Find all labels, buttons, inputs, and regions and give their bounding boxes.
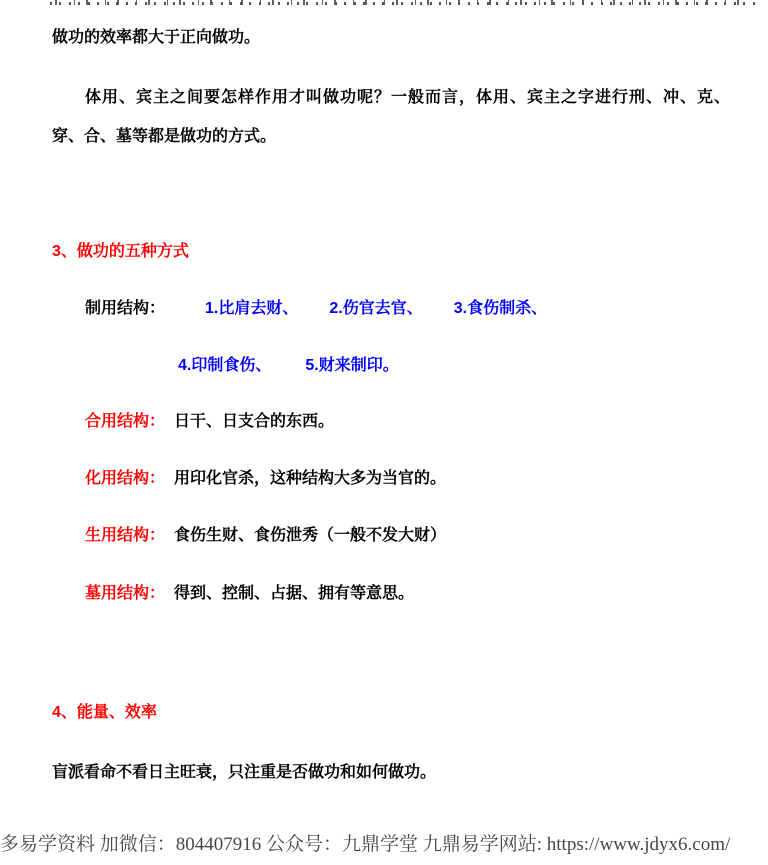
list-item: 4.印制食伤、 bbox=[178, 356, 271, 376]
list-item: 5.财来制印。 bbox=[305, 356, 398, 376]
structure-entry: 化用结构：用印化官杀，这种结构大多为当官的。 bbox=[85, 469, 446, 489]
entry-label: 合用结构： bbox=[85, 413, 165, 430]
paragraph-tiyong-line1: 体用、宾主之间要怎样作用才叫做功呢？一般而言，体用、宾主之字进行刑、冲、克、 bbox=[85, 88, 731, 108]
entry-text: 用印化官杀，这种结构大多为当官的。 bbox=[174, 470, 446, 487]
document-page: 做功的效率都大于正向做功。 体用、宾主之间要怎样作用才叫做功呢？一般而言，体用、… bbox=[0, 0, 768, 865]
paragraph-tiyong-line2: 穿、合、墓等都是做功的方式。 bbox=[52, 127, 276, 147]
entry-label: 化用结构： bbox=[85, 470, 165, 487]
watermark-footer: 多易学资料 加微信：804407916 公众号：九鼎学堂 九鼎易学网站: htt… bbox=[0, 829, 730, 856]
entry-label: 生用结构： bbox=[85, 527, 165, 544]
entry-text: 得到、控制、占据、拥有等意思。 bbox=[174, 585, 414, 602]
structure-entry: 合用结构：日干、日支合的东西。 bbox=[85, 412, 334, 432]
list-item: 2.伤官去官、 bbox=[329, 299, 422, 319]
zhiyong-label: 制用结构： bbox=[85, 299, 165, 319]
list-item: 3.食伤制杀、 bbox=[454, 299, 547, 319]
paragraph-prev-tail: 做功的效率都大于正向做功。 bbox=[52, 28, 260, 48]
list-item: 1.比肩去财、 bbox=[205, 299, 298, 319]
clipped-text-line bbox=[50, 0, 756, 5]
zhiyong-structure-row2: 4.印制食伤、 5.财来制印。 bbox=[178, 356, 399, 376]
entry-text: 日干、日支合的东西。 bbox=[174, 413, 334, 430]
entry-text: 食伤生财、食伤泄秀（一般不发大财） bbox=[174, 527, 446, 544]
structure-entry: 墓用结构：得到、控制、占据、拥有等意思。 bbox=[85, 584, 414, 604]
structure-entry: 生用结构：食伤生财、食伤泄秀（一般不发大财） bbox=[85, 526, 446, 546]
section-4-paragraph: 盲派看命不看日主旺衰，只注重是否做功和如何做功。 bbox=[52, 763, 436, 783]
section-3-heading: 3、做功的五种方式 bbox=[52, 242, 189, 262]
entry-label: 墓用结构： bbox=[85, 585, 165, 602]
section-4-heading: 4、能量、效率 bbox=[52, 703, 157, 723]
zhiyong-structure-row1: 制用结构： 1.比肩去财、 2.伤官去官、 3.食伤制杀、 bbox=[85, 299, 547, 319]
